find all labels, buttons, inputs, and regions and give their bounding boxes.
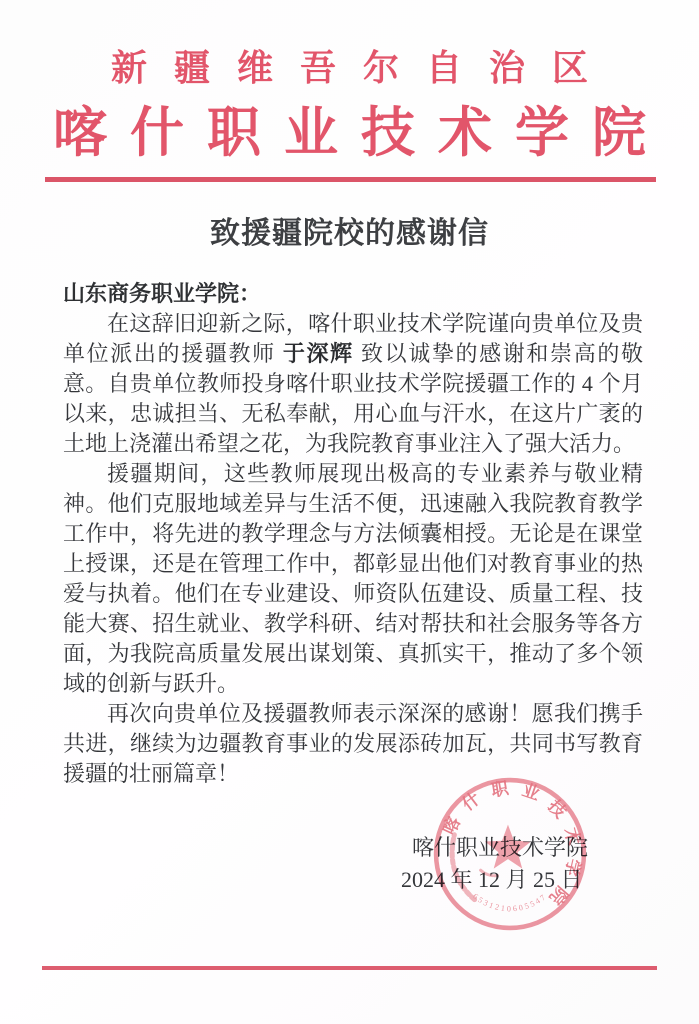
footer-double-rule	[42, 966, 657, 970]
document-title: 致援疆院校的感谢信	[0, 208, 699, 252]
teacher-name: 于深辉	[283, 341, 354, 366]
letterhead-region: 新疆维吾尔自治区	[0, 40, 699, 91]
seal-char: 喀	[439, 813, 465, 838]
salutation: 山东商务职业学院：	[63, 279, 643, 309]
seal-serial-number: 6531210605547	[471, 892, 549, 914]
paragraph-text: 援疆期间，这些教师展现出极高的专业素养与敬业精神。他们克服地域差异与生活不便，迅…	[63, 461, 643, 696]
seal-char: 什	[458, 788, 484, 814]
seal-star-icon	[485, 825, 531, 869]
seal-uyghur-script	[481, 870, 499, 876]
seal-char: 院	[545, 882, 572, 909]
header-double-rule	[45, 177, 656, 182]
paragraph: 援疆期间，这些教师展现出极高的专业素养与敬业精神。他们克服地域差异与生活不便，迅…	[63, 459, 643, 699]
letterhead-college: 喀什职业技术学院	[0, 90, 699, 167]
official-seal: 喀 什 职 业 技 术 学 院 6531210605547	[430, 774, 590, 934]
seal-char: 技	[543, 795, 571, 823]
seal-char: 学	[561, 857, 585, 879]
body-paragraphs: 在这辞旧迎新之际，喀什职业技术学院谨向贵单位及贵单位派出的援疆教师 于深辉 致以…	[63, 309, 643, 789]
letter-body: 山东商务职业学院： 在这辞旧迎新之际，喀什职业技术学院谨向贵单位及贵单位派出的援…	[63, 279, 643, 789]
seal-uyghur-script	[452, 835, 474, 900]
paragraph: 在这辞旧迎新之际，喀什职业技术学院谨向贵单位及贵单位派出的援疆教师 于深辉 致以…	[63, 309, 643, 459]
letter-page: 新疆维吾尔自治区 喀什职业技术学院 致援疆院校的感谢信 山东商务职业学院： 在这…	[0, 0, 699, 1024]
